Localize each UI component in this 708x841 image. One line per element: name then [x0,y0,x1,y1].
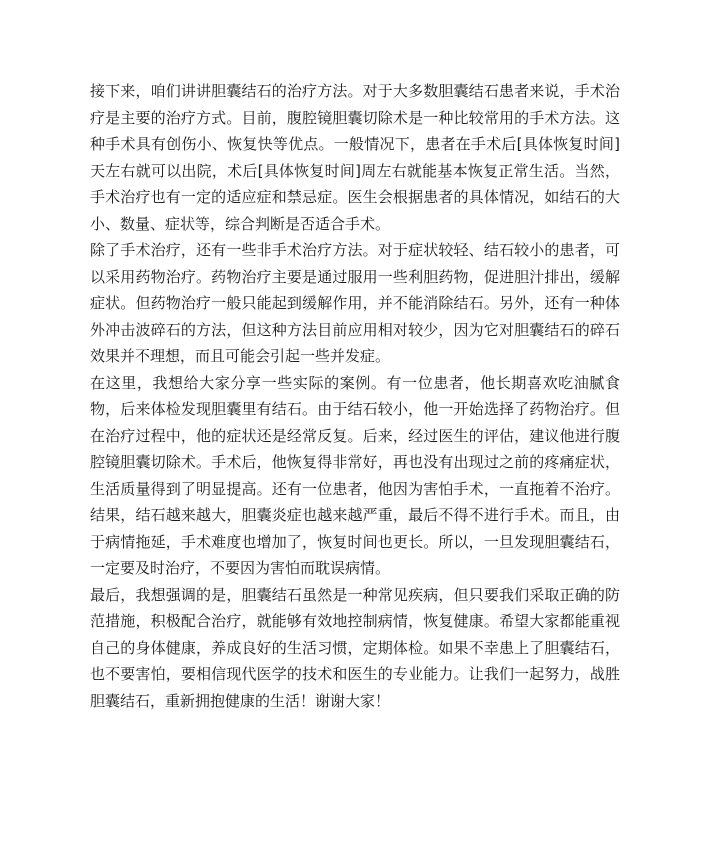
paragraph-conclusion: 最后，我想强调的是，胆囊结石虽然是一种常见疾病，但只要我们采取正确的防范措施，积… [90,582,620,715]
paragraph-case-studies: 在这里，我想给大家分享一些实际的案例。有一位患者，他长期喜欢吃油腻食物，后来体检… [90,370,620,582]
document-body: 接下来，咱们讲讲胆囊结石的治疗方法。对于大多数胆囊结石患者来说，手术治疗是主要的… [90,78,620,714]
paragraph-treatment-nonsurgical: 除了手术治疗，还有一些非手术治疗方法。对于症状较轻、结石较小的患者，可以采用药物… [90,237,620,370]
paragraph-treatment-surgery: 接下来，咱们讲讲胆囊结石的治疗方法。对于大多数胆囊结石患者来说，手术治疗是主要的… [90,78,620,237]
